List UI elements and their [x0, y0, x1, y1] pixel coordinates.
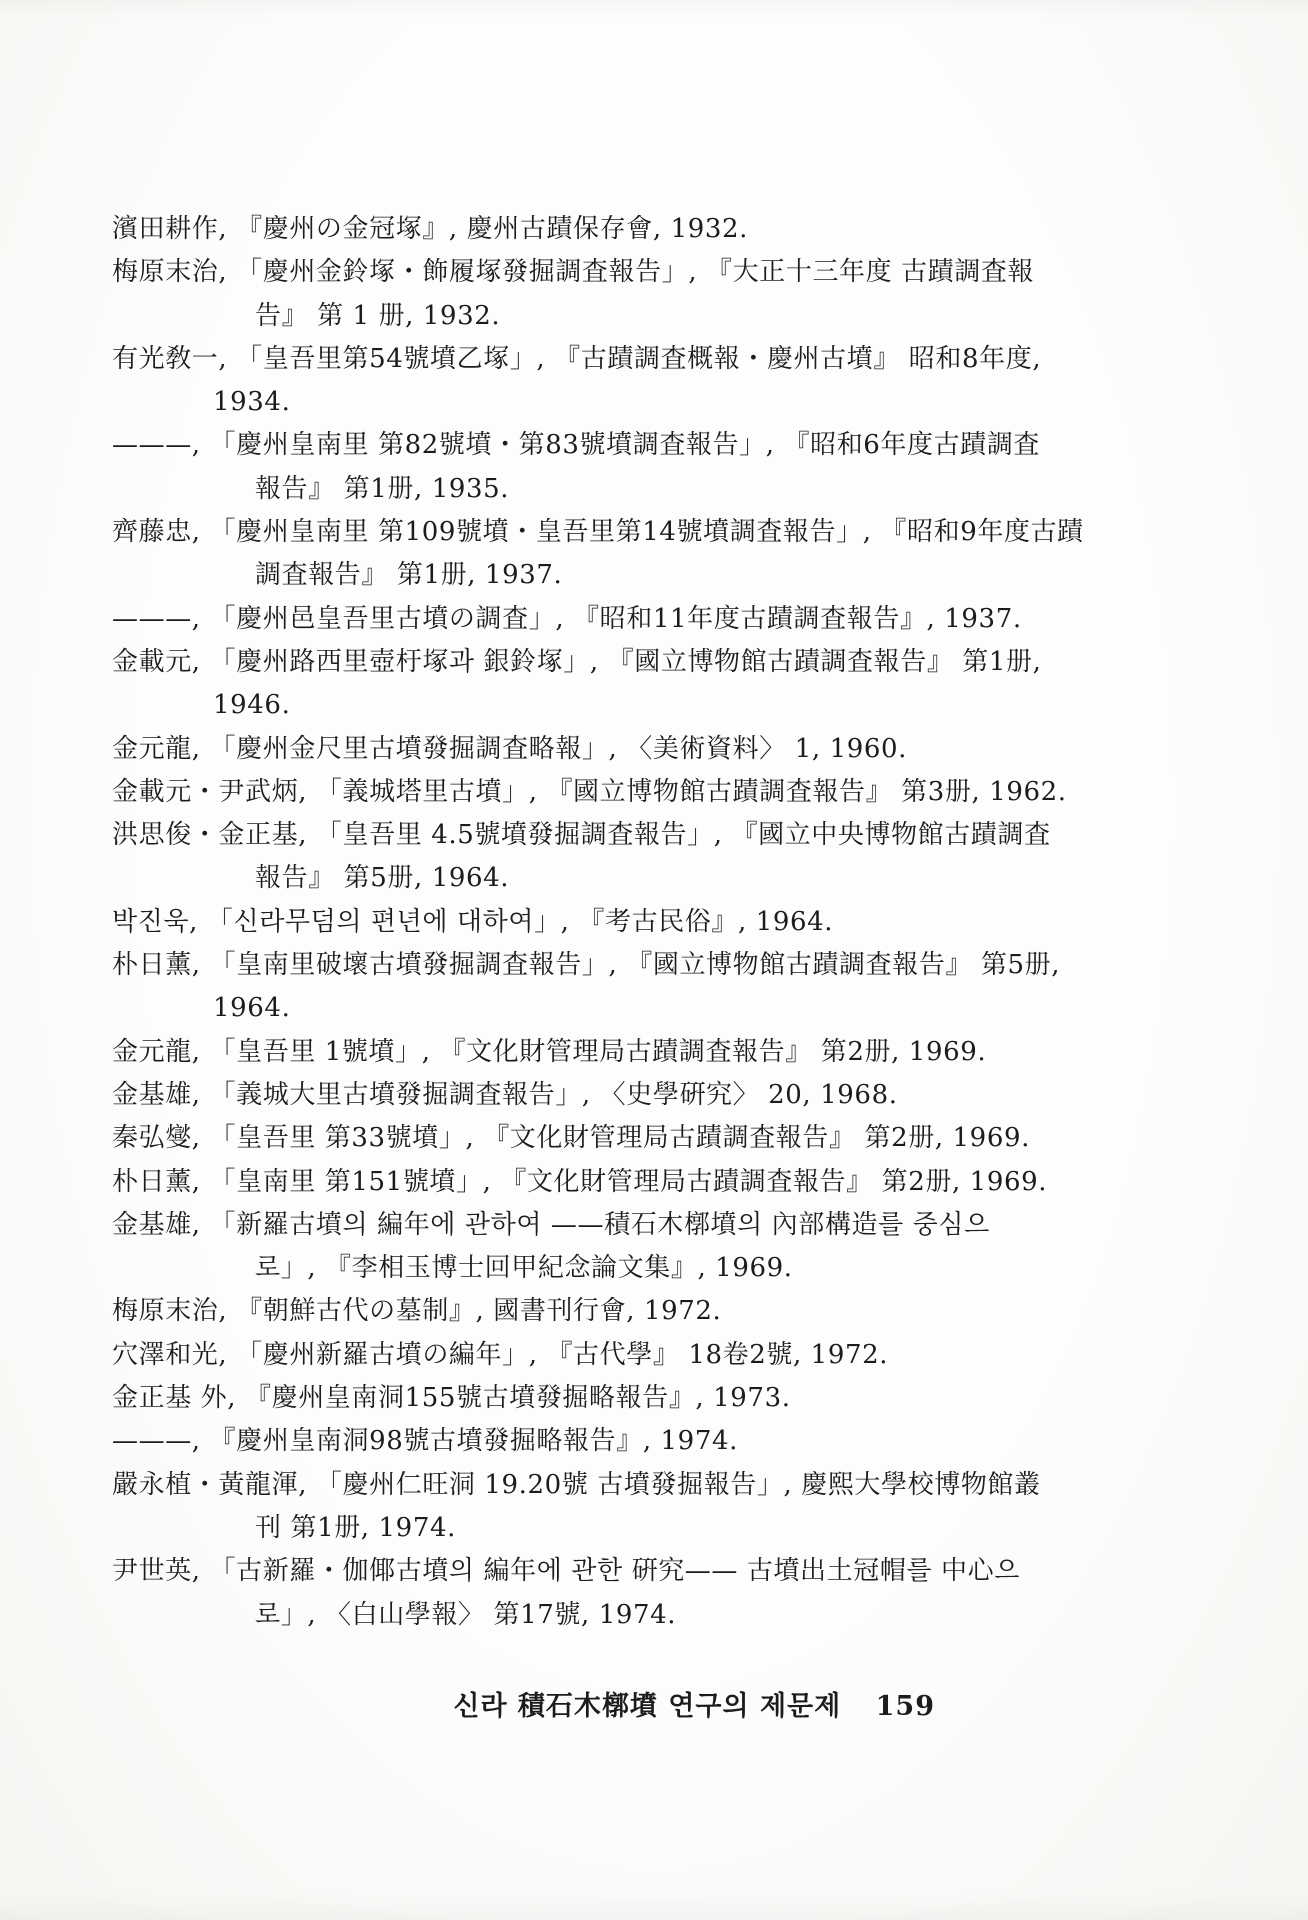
bibliography-line: 秦弘燮, 「皇吾里 第33號墳」, 『文化財管理局古蹟調査報告』 第2册, 19…: [112, 1117, 962, 1160]
bibliography-line: 告』 第 1 册, 1932.: [112, 295, 962, 338]
bibliography-line: 朴日薰, 「皇南里破壞古墳發掘調査報告」, 『國立博物館古蹟調査報告』 第5册,: [112, 944, 962, 987]
bibliography-line: 有光敎一, 「皇吾里第54號墳乙塚」, 『古蹟調査概報・慶州古墳』 昭和8年度,: [112, 338, 962, 381]
bibliography-line: ———, 「慶州皇南里 第82號墳・第83號墳調査報告」, 『昭和6年度古蹟調査: [112, 424, 962, 467]
bibliography-line: 金正基 外, 『慶州皇南洞155號古墳發掘略報告』, 1973.: [112, 1377, 962, 1420]
bibliography-line: 報告』 第5册, 1964.: [112, 857, 962, 900]
bibliography-line: 金基雄, 「義城大里古墳發掘調査報告」, 〈史學硏究〉 20, 1968.: [112, 1074, 962, 1117]
bibliography-line: 刊 第1册, 1974.: [112, 1507, 962, 1550]
bibliography-line: 調査報告』 第1册, 1937.: [112, 554, 962, 597]
bibliography-line: 嚴永植・黃龍渾, 「慶州仁旺洞 19.20號 古墳發掘報告」, 慶熙大學校博物館…: [112, 1464, 962, 1507]
bibliography-line: 梅原末治, 『朝鮮古代の墓制』, 國書刊行會, 1972.: [112, 1290, 962, 1333]
bibliography-line: 金元龍, 「皇吾里 1號墳」, 『文化財管理局古蹟調査報告』 第2册, 1969…: [112, 1031, 962, 1074]
bibliography-line: 齊藤忠, 「慶州皇南里 第109號墳・皇吾里第14號墳調査報告」, 『昭和9年度…: [112, 511, 962, 554]
running-title: 신라 積石木槨墳 연구의 제문제: [453, 1691, 841, 1722]
bibliography-line: 박진욱, 「신라무덤의 편년에 대하여」, 『考古民俗』, 1964.: [112, 901, 962, 944]
bibliography-line: 金元龍, 「慶州金尺里古墳發掘調査略報」, 〈美術資料〉 1, 1960.: [112, 728, 962, 771]
bibliography-line: 報告』 第1册, 1935.: [112, 468, 962, 511]
scanned-page: 濱田耕作, 『慶州の金冠塚』, 慶州古蹟保存會, 1932.梅原末治, 「慶州金…: [0, 0, 1308, 1920]
page-number: 159: [876, 1691, 935, 1722]
bibliography-line: ———, 「慶州邑皇吾里古墳の調査」, 『昭和11年度古蹟調査報告』, 1937…: [112, 598, 962, 641]
bibliography-line: 濱田耕作, 『慶州の金冠塚』, 慶州古蹟保存會, 1932.: [112, 208, 962, 251]
bibliography-line: ———, 『慶州皇南洞98號古墳發掘略報告』, 1974.: [112, 1420, 962, 1463]
bibliography-line: 金基雄, 「新羅古墳의 編年에 관하여 ——積石木槨墳의 內部構造를 중심으: [112, 1204, 962, 1247]
bibliography-line: 로」, 『李相玉博士回甲紀念論文集』, 1969.: [112, 1247, 962, 1290]
bibliography-line: 尹世英, 「古新羅・伽倻古墳의 編年에 관한 硏究—— 古墳出土冠帽를 中心으: [112, 1550, 962, 1593]
bibliography-line: 穴澤和光, 「慶州新羅古墳の編年」, 『古代學』 18卷2號, 1972.: [112, 1334, 962, 1377]
bibliography-line: 1946.: [112, 684, 962, 727]
bibliography-line: 로」, 〈白山學報〉 第17號, 1974.: [112, 1594, 962, 1637]
bibliography-line: 朴日薰, 「皇南里 第151號墳」, 『文化財管理局古蹟調査報告』 第2册, 1…: [112, 1161, 962, 1204]
bibliography-line: 金載元, 「慶州路西里壺杅塚과 銀鈴塚」, 『國立博物館古蹟調査報告』 第1册,: [112, 641, 962, 684]
bibliography-line: 1934.: [112, 381, 962, 424]
page-footer: 신라 積石木槨墳 연구의 제문제 159: [112, 1684, 935, 1723]
bibliography-line: 金載元・尹武炳, 「義城塔里古墳」, 『國立博物館古蹟調査報告』 第3册, 19…: [112, 771, 962, 814]
bibliography-line: 洪思俊・金正基, 「皇吾里 4.5號墳發掘調査報告」, 『國立中央博物館古蹟調査: [112, 814, 962, 857]
bibliography-line: 梅原末治, 「慶州金鈴塚・飾履塚發掘調査報告」, 『大正十三年度 古蹟調査報: [112, 251, 962, 294]
bibliography-line: 1964.: [112, 987, 962, 1030]
bibliography-list: 濱田耕作, 『慶州の金冠塚』, 慶州古蹟保存會, 1932.梅原末治, 「慶州金…: [112, 208, 962, 1637]
